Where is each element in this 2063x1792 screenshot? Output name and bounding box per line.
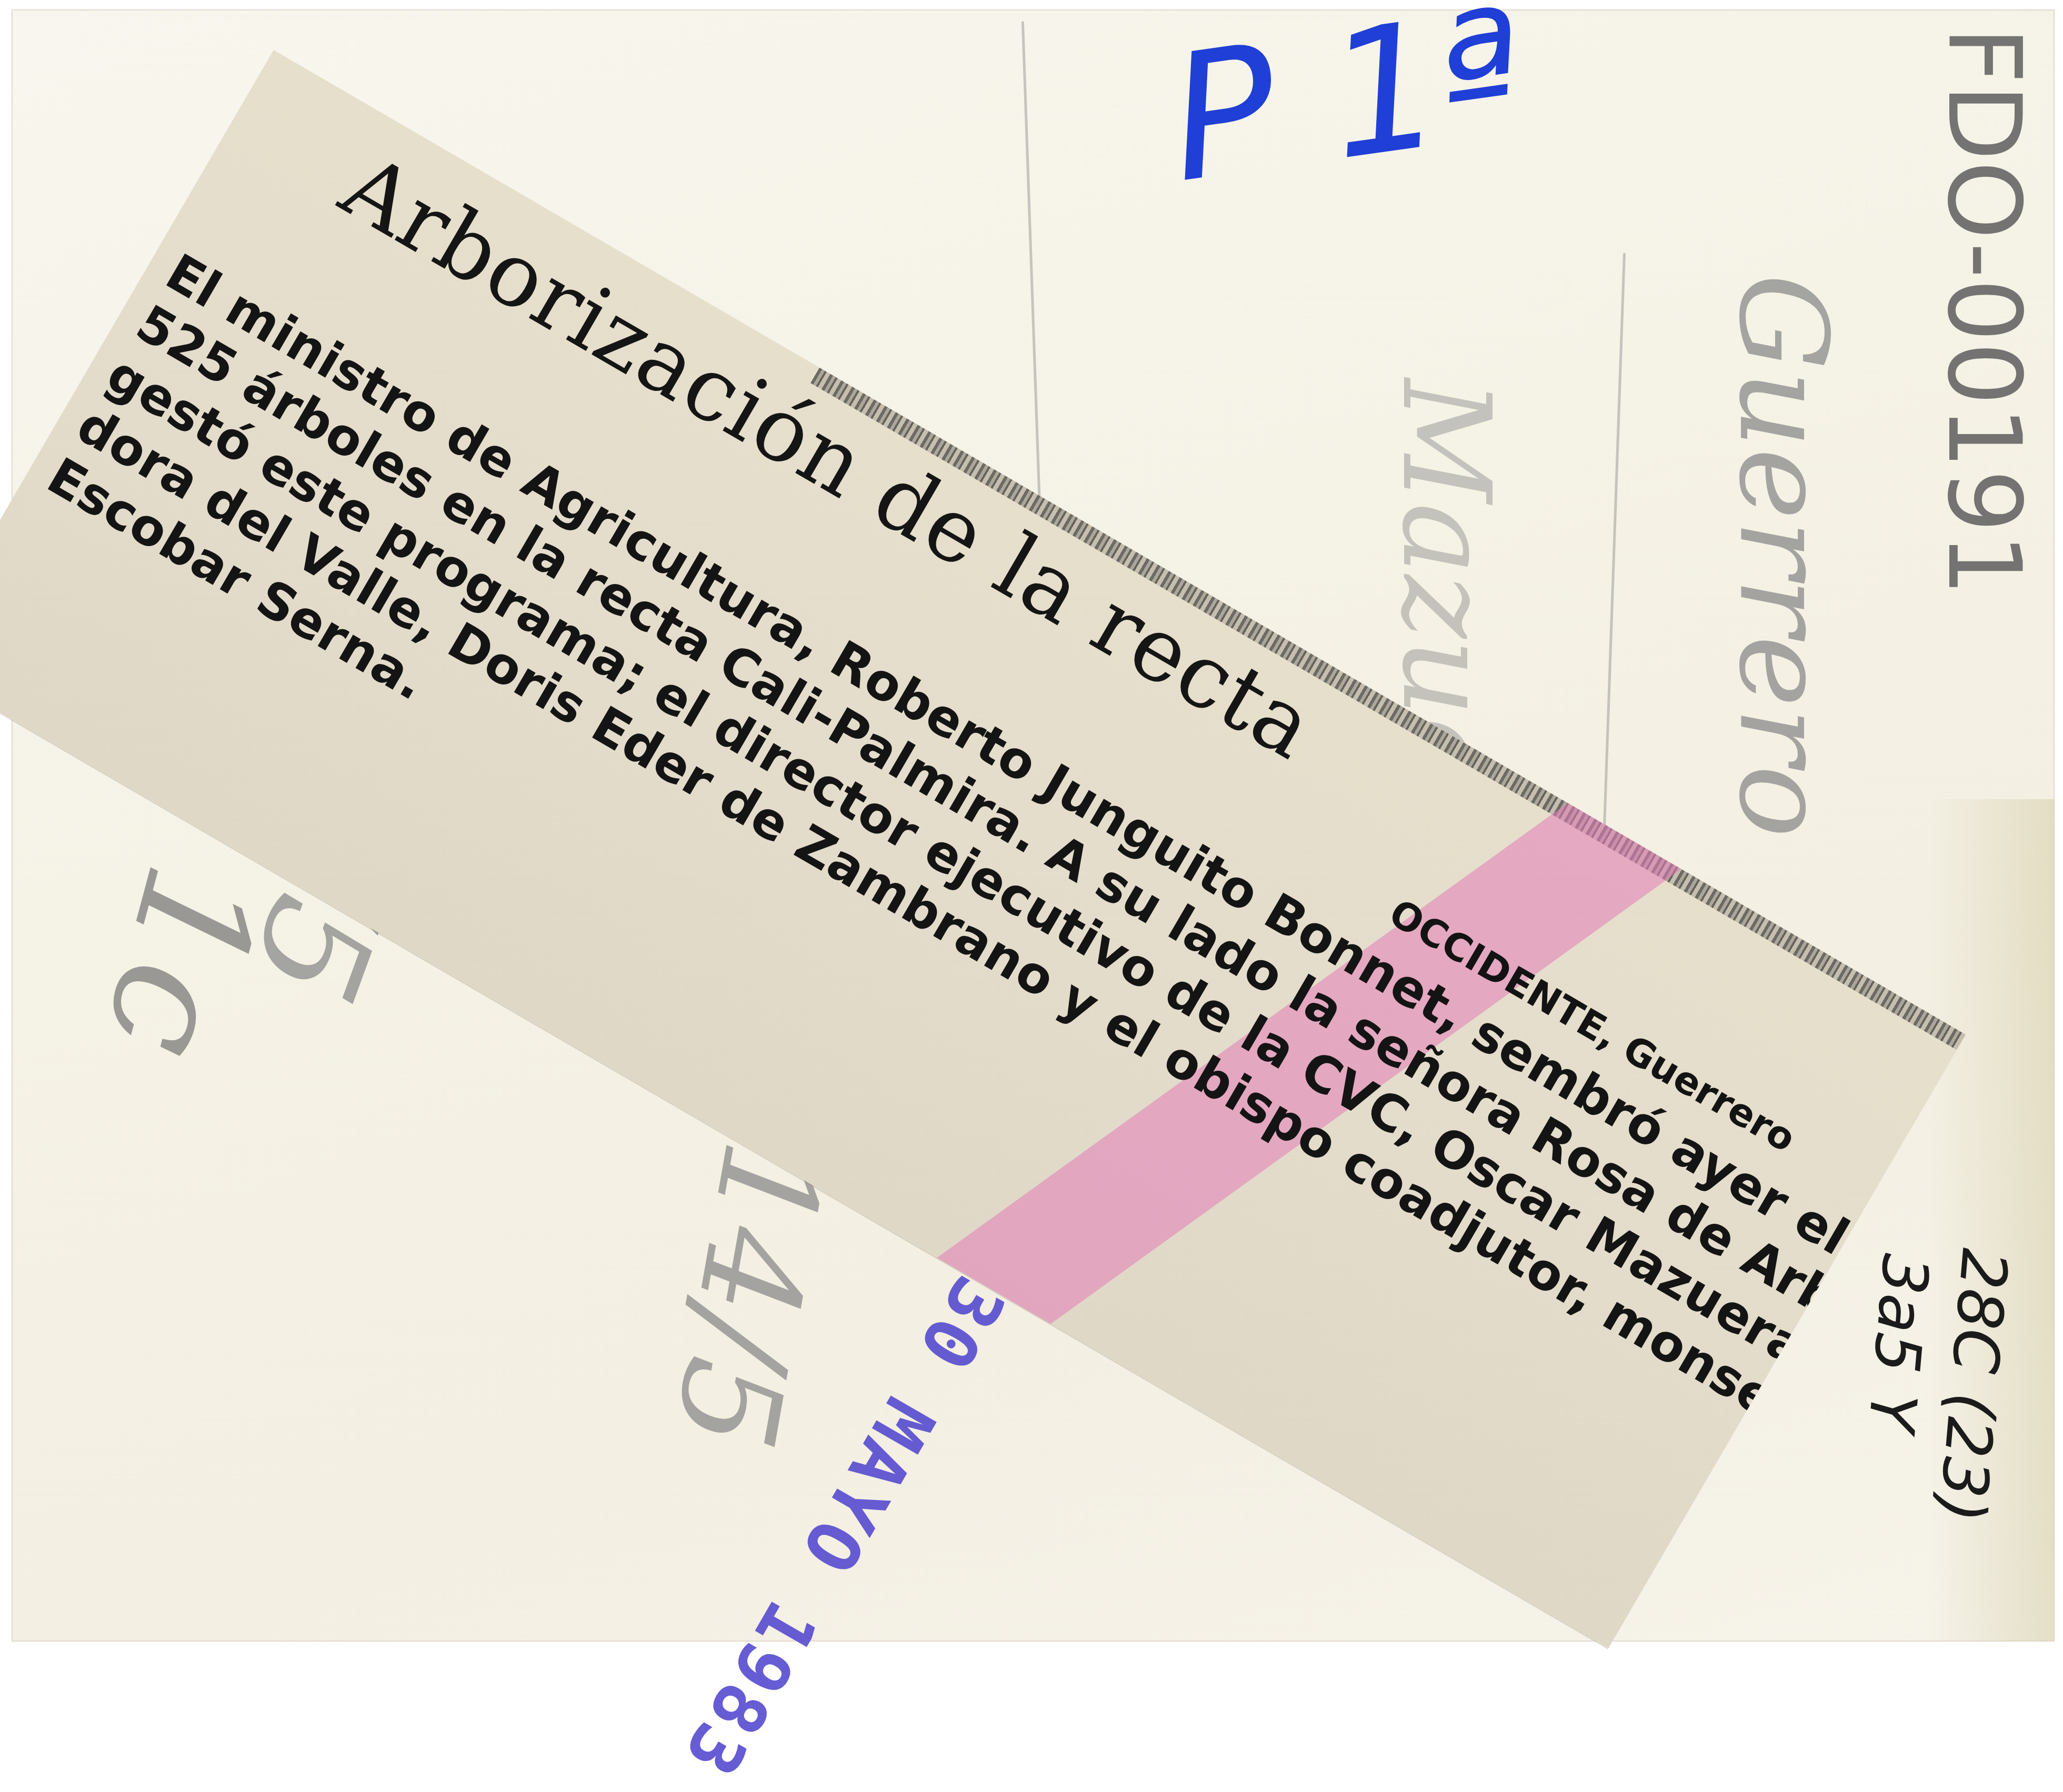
photo-back-scan: P 1ª FDO-00191 Guerrero Mazuera bo 1c 2/… xyxy=(0,0,2063,1658)
corner-code-secondary: 3a5 Y xyxy=(1854,1251,1942,1435)
pencil-name-guerrero: Guerrero xyxy=(1712,274,1852,838)
archive-code: FDO-00191 xyxy=(1926,26,2042,596)
